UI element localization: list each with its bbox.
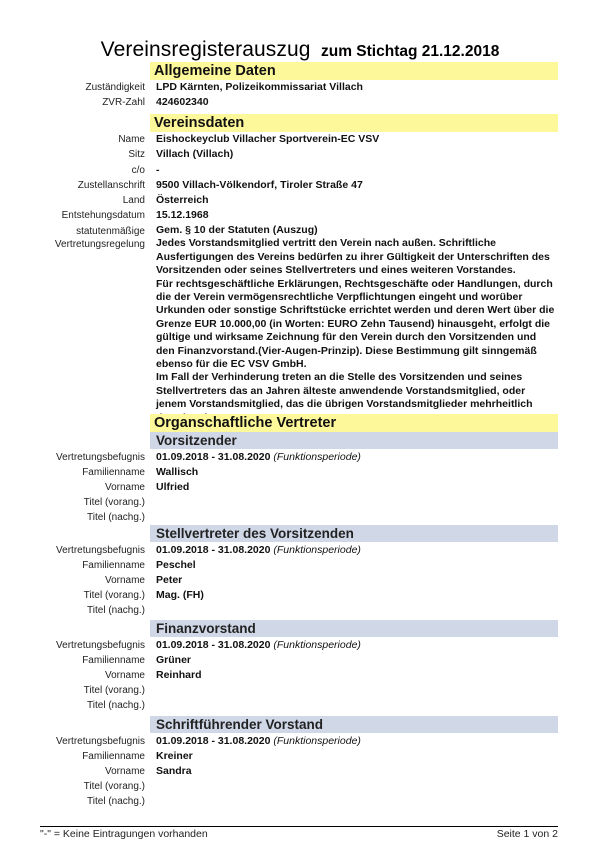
field-value: Mag. (FH) (156, 588, 204, 603)
document-title: Vereinsregisterauszug zum Stichtag 21.12… (0, 38, 600, 62)
period-note: (Funktionsperiode) (273, 544, 361, 556)
field-label: ZVR-Zahl (102, 95, 145, 110)
field-label: Zuständigkeit (86, 80, 145, 95)
field-value: Reinhard (156, 668, 202, 683)
field-label: Titel (vorang.) (84, 779, 145, 794)
section-vereinsdaten: Vereinsdaten (150, 114, 558, 132)
member-field-titel-vor: Titel (vorang.)Mag. (FH) (0, 588, 600, 603)
register-extract-page: Vereinsregisterauszug zum Stichtag 21.12… (0, 0, 600, 851)
field-value: LPD Kärnten, Polizeikommissariat Villach (156, 80, 363, 95)
field-label: Vertretungsbefugnis (56, 638, 145, 653)
field-value: Villach (Villach) (156, 147, 233, 162)
member-field-vorname: VornameSandra (0, 764, 600, 779)
field-label: Vorname (105, 573, 145, 588)
field-label: Titel (nachg.) (87, 603, 145, 618)
field-value: 01.09.2018 - 31.08.2020 (Funktionsperiod… (156, 543, 361, 558)
role-heading: Vorsitzender (150, 432, 558, 449)
field-label: Vertretungsbefugnis (56, 543, 145, 558)
field-value: Österreich (156, 193, 209, 208)
member-field-titel-vor: Titel (vorang.) (0, 495, 600, 510)
vertretungsregelung-text: Gem. § 10 der Statuten (Auszug) Jedes Vo… (156, 224, 556, 425)
period-note: (Funktionsperiode) (273, 451, 361, 463)
field-value: - (156, 163, 160, 178)
field-value: 01.09.2018 - 31.08.2020 (Funktionsperiod… (156, 734, 361, 749)
title-date: zum Stichtag 21.12.2018 (321, 43, 499, 60)
field-name: Name Eishockeyclub Villacher Sportverein… (0, 132, 600, 147)
footer-legend: "-" = Keine Eintragungen vorhanden (40, 828, 208, 840)
member-field-titel-vor: Titel (vorang.) (0, 683, 600, 698)
field-land: Land Österreich (0, 193, 600, 208)
field-label: Titel (nachg.) (87, 510, 145, 525)
field-value: Sandra (156, 764, 192, 779)
field-value: Peschel (156, 558, 196, 573)
role-heading: Schriftführender Vorstand (150, 716, 558, 733)
member-field-befugnis: Vertretungsbefugnis01.09.2018 - 31.08.20… (0, 543, 600, 558)
field-label: Vertretungsbefugnis (56, 734, 145, 749)
footer-divider (40, 826, 558, 827)
member-field-titel-nach: Titel (nachg.) (0, 603, 600, 618)
field-label: Familienname (82, 653, 145, 668)
field-zvr-zahl: ZVR-Zahl 424602340 (0, 95, 600, 110)
field-value: Wallisch (156, 465, 198, 480)
period-dates: 01.09.2018 - 31.08.2020 (156, 451, 270, 463)
member-field-vorname: VornameUlfried (0, 480, 600, 495)
field-label: Vorname (105, 480, 145, 495)
field-label: Vertretungsbefugnis (56, 450, 145, 465)
field-label: Name (118, 132, 145, 147)
field-value: 15.12.1968 (156, 208, 209, 223)
field-label: Sitz (128, 147, 145, 162)
field-label: Entstehungsdatum (62, 208, 145, 223)
field-label: Titel (vorang.) (84, 588, 145, 603)
statute-paragraph: Für rechtsgeschäftliche Erklärungen, Rec… (156, 278, 556, 372)
member-field-familienname: FamiliennameWallisch (0, 465, 600, 480)
field-value: Ulfried (156, 480, 189, 495)
field-label: Familienname (82, 558, 145, 573)
field-label-vertretungsregelung: statutenmäßige Vertretungsregelung (55, 225, 145, 251)
field-co: c/o - (0, 163, 600, 178)
field-label: Land (123, 193, 145, 208)
field-value: 9500 Villach-Völkendorf, Tiroler Straße … (156, 178, 363, 193)
role-heading: Stellvertreter des Vorsitzenden (150, 525, 558, 542)
field-value: Peter (156, 573, 182, 588)
field-label: Vorname (105, 668, 145, 683)
field-zustellanschrift: Zustellanschrift 9500 Villach-Völkendorf… (0, 178, 600, 193)
field-label: Titel (nachg.) (87, 794, 145, 809)
field-label: Titel (vorang.) (84, 495, 145, 510)
period-dates: 01.09.2018 - 31.08.2020 (156, 544, 270, 556)
field-zustaendigkeit: Zuständigkeit LPD Kärnten, Polizeikommis… (0, 80, 600, 95)
member-field-vorname: VornamePeter (0, 573, 600, 588)
member-field-titel-nach: Titel (nachg.) (0, 698, 600, 713)
field-label: Titel (vorang.) (84, 683, 145, 698)
field-value: 01.09.2018 - 31.08.2020 (Funktionsperiod… (156, 450, 361, 465)
member-field-vorname: VornameReinhard (0, 668, 600, 683)
statute-intro: Gem. § 10 der Statuten (Auszug) (156, 224, 556, 237)
member-field-familienname: FamiliennameKreiner (0, 749, 600, 764)
label-line: statutenmäßige (55, 225, 145, 238)
field-value: 424602340 (156, 95, 209, 110)
section-organschaftliche-vertreter: Organschaftliche Vertreter (150, 414, 558, 432)
member-field-befugnis: Vertretungsbefugnis01.09.2018 - 31.08.20… (0, 734, 600, 749)
section-allgemeine-daten: Allgemeine Daten (150, 62, 558, 80)
field-entstehungsdatum: Entstehungsdatum 15.12.1968 (0, 208, 600, 223)
member-field-titel-nach: Titel (nachg.) (0, 794, 600, 809)
label-line: Vertretungsregelung (55, 238, 145, 251)
field-label: Familienname (82, 749, 145, 764)
member-field-familienname: FamiliennamePeschel (0, 558, 600, 573)
period-dates: 01.09.2018 - 31.08.2020 (156, 735, 270, 747)
field-sitz: Sitz Villach (Villach) (0, 147, 600, 162)
field-label: c/o (132, 163, 145, 178)
role-heading: Finanzvorstand (150, 620, 558, 637)
member-field-titel-nach: Titel (nachg.) (0, 510, 600, 525)
field-value: Eishockeyclub Villacher Sportverein-EC V… (156, 132, 379, 147)
member-field-befugnis: Vertretungsbefugnis01.09.2018 - 31.08.20… (0, 638, 600, 653)
field-value: Kreiner (156, 749, 193, 764)
period-dates: 01.09.2018 - 31.08.2020 (156, 639, 270, 651)
field-value: 01.09.2018 - 31.08.2020 (Funktionsperiod… (156, 638, 361, 653)
period-note: (Funktionsperiode) (273, 639, 361, 651)
member-field-titel-vor: Titel (vorang.) (0, 779, 600, 794)
field-label: Vorname (105, 764, 145, 779)
field-label: Familienname (82, 465, 145, 480)
member-field-befugnis: Vertretungsbefugnis01.09.2018 - 31.08.20… (0, 450, 600, 465)
statute-paragraph: Jedes Vorstandsmitglied vertritt den Ver… (156, 237, 556, 277)
field-value: Grüner (156, 653, 191, 668)
title-main: Vereinsregisterauszug (101, 38, 311, 61)
field-label: Titel (nachg.) (87, 698, 145, 713)
field-label: Zustellanschrift (78, 178, 145, 193)
page-number: Seite 1 von 2 (497, 828, 558, 840)
period-note: (Funktionsperiode) (273, 735, 361, 747)
member-field-familienname: FamiliennameGrüner (0, 653, 600, 668)
